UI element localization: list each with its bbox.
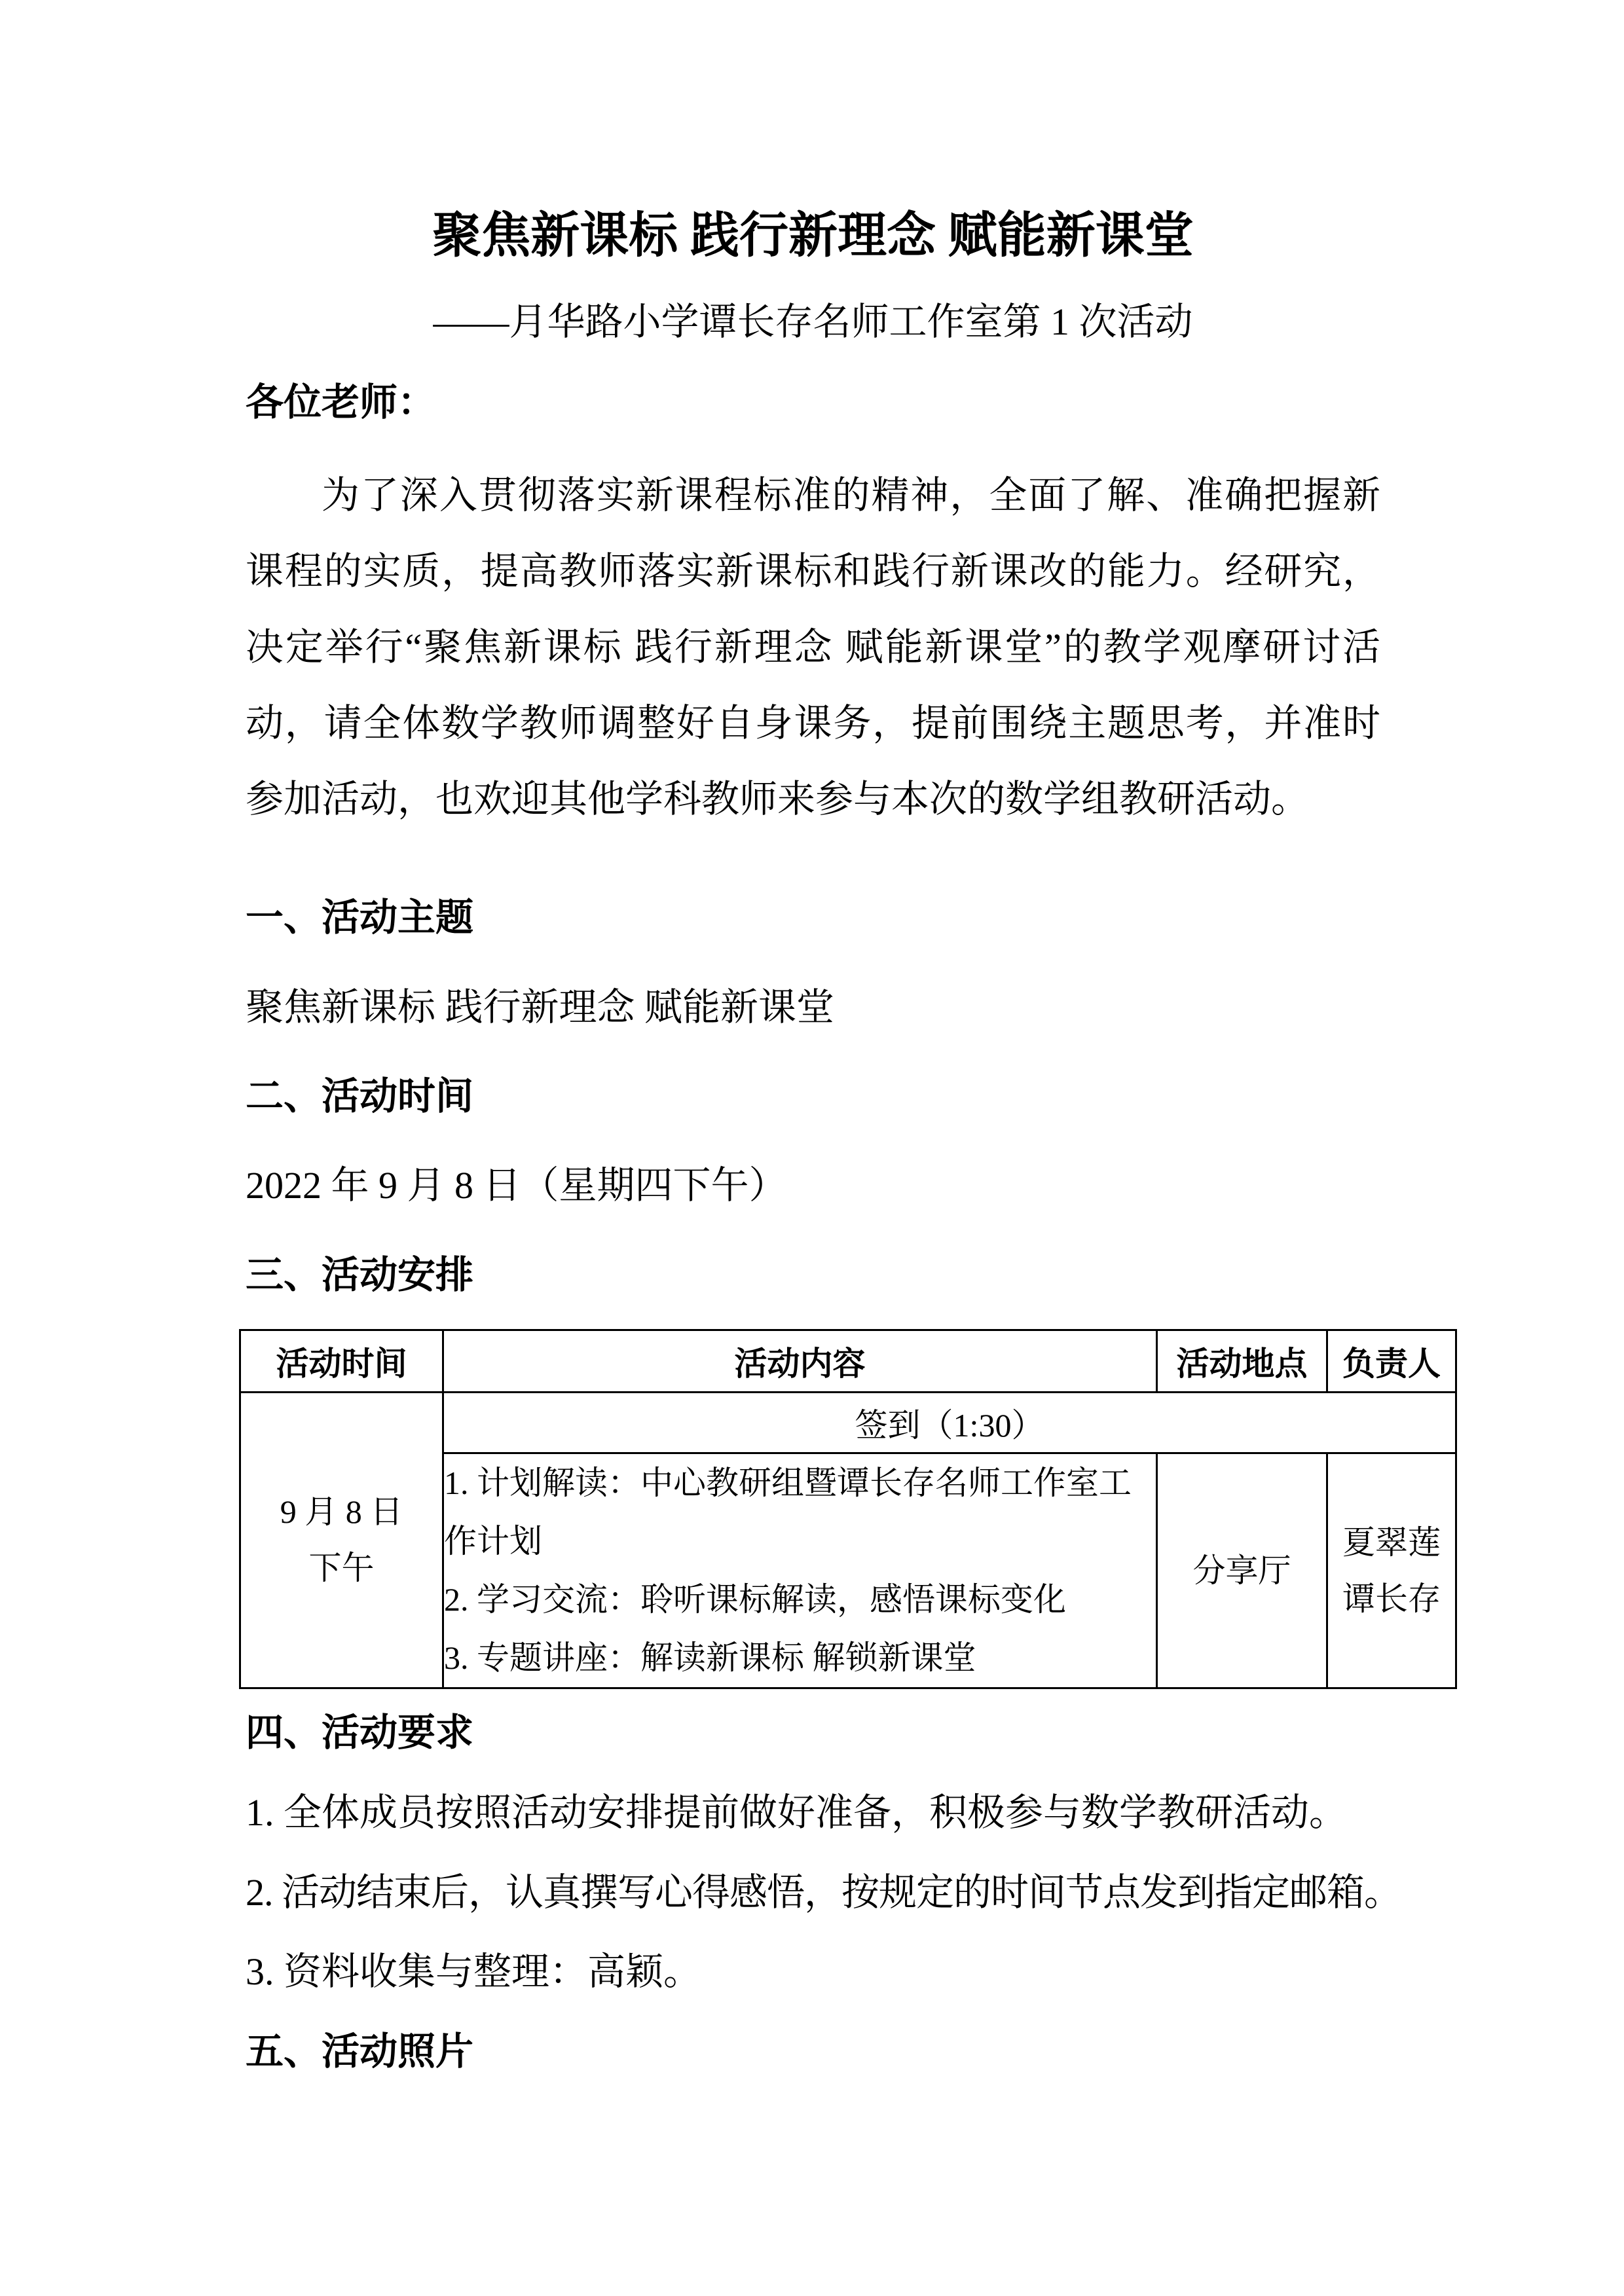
date-cell: 9 月 8 日 下午 (240, 1392, 443, 1688)
document-title: 聚焦新课标 践行新理念 赋能新课堂 (246, 203, 1380, 269)
schedule-table: 活动时间 活动内容 活动地点 负责人 9 月 8 日 下午 签到（1:30） 1… (239, 1329, 1457, 1689)
heading-activity-theme: 一、活动主题 (246, 873, 1380, 962)
salutation: 各位老师： (246, 365, 1380, 441)
date-line-2: 下午 (241, 1540, 442, 1596)
heading-activity-requirements: 四、活动要求 (246, 1693, 1380, 1773)
column-header-responsible: 负责人 (1327, 1330, 1456, 1392)
requirement-item-2: 2. 活动结束后，认真撰写心得感悟，按规定的时间节点发到指定邮箱。 (246, 1853, 1380, 1933)
heading-activity-photos: 五、活动照片 (246, 2012, 1380, 2092)
date-line-1: 9 月 8 日 (241, 1484, 442, 1540)
document-page: 聚焦新课标 践行新理念 赋能新课堂 ——月华路小学谭长存名师工作室第 1 次活动… (0, 0, 1624, 2296)
content-item-1: 1. 计划解读：中心教研组暨谭长存名师工作室工作计划 (444, 1454, 1156, 1571)
requirement-item-3: 3. 资料收集与整理：高颖。 (246, 1932, 1380, 2012)
signin-row: 9 月 8 日 下午 签到（1:30） (240, 1392, 1456, 1453)
location-cell: 分享厅 (1157, 1453, 1327, 1688)
content-item-2: 2. 学习交流：聆听课标解读，感悟课标变化 (444, 1571, 1156, 1629)
column-header-activity-time: 活动时间 (240, 1330, 443, 1392)
column-header-activity-location: 活动地点 (1157, 1330, 1327, 1392)
responsible-cell: 夏翠莲 谭长存 (1327, 1453, 1456, 1688)
content-item-3: 3. 专题讲座：解读新课标 解锁新课堂 (444, 1629, 1156, 1687)
responsible-line-2: 谭长存 (1328, 1571, 1455, 1627)
heading-activity-schedule: 三、活动安排 (246, 1231, 1380, 1320)
signin-cell: 签到（1:30） (443, 1392, 1456, 1453)
section-group: 一、活动主题 聚焦新课标 践行新理念 赋能新课堂 二、活动时间 2022 年 9… (246, 873, 1380, 1319)
schedule-header-row: 活动时间 活动内容 活动地点 负责人 (240, 1330, 1456, 1392)
requirement-item-1: 1. 全体成员按照活动安排提前做好准备，积极参与数学教研活动。 (246, 1773, 1380, 1853)
document-subtitle: ——月华路小学谭长存名师工作室第 1 次活动 (246, 286, 1380, 358)
activity-time-text: 2022 年 9 月 8 日（星期四下午） (246, 1141, 1380, 1230)
activity-content-cell: 1. 计划解读：中心教研组暨谭长存名师工作室工作计划 2. 学习交流：聆听课标解… (443, 1453, 1157, 1688)
intro-paragraph: 为了深入贯彻落实新课程标准的精神，全面了解、准确把握新课程的实质，提高教师落实新… (246, 458, 1380, 837)
heading-activity-time: 二、活动时间 (246, 1052, 1380, 1141)
column-header-activity-content: 活动内容 (443, 1330, 1157, 1392)
responsible-line-1: 夏翠莲 (1328, 1514, 1455, 1571)
requirements-section: 四、活动要求 1. 全体成员按照活动安排提前做好准备，积极参与数学教研活动。 2… (246, 1693, 1380, 2092)
activity-theme-text: 聚焦新课标 践行新理念 赋能新课堂 (246, 963, 1380, 1052)
